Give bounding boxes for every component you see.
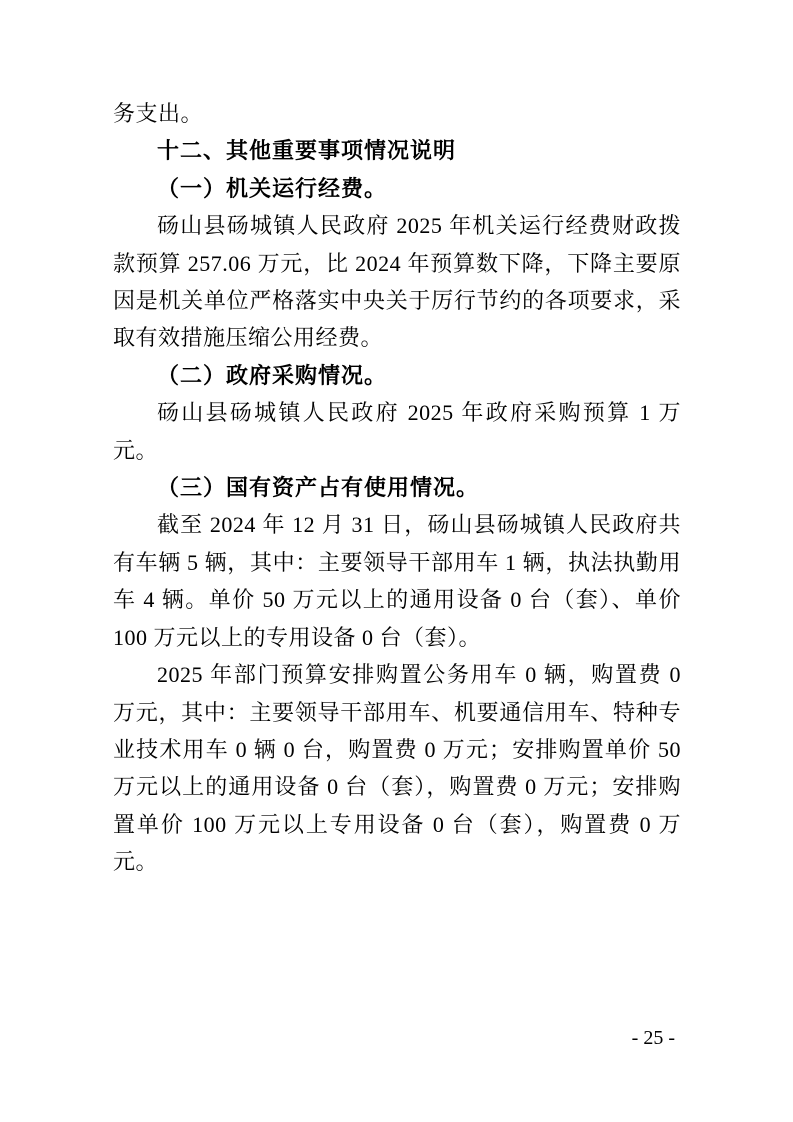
- sub-heading-1: （一）机关运行经费。: [113, 170, 681, 207]
- page-number: - 25 -: [632, 1027, 675, 1050]
- paragraph-operating-funds: 砀山县砀城镇人民政府 2025 年机关运行经费财政拨款预算 257.06 万元，…: [113, 207, 681, 357]
- document-body: 务支出。 十二、其他重要事项情况说明 （一）机关运行经费。 砀山县砀城镇人民政府…: [113, 95, 681, 881]
- paragraph-state-assets: 截至 2024 年 12 月 31 日，砀山县砀城镇人民政府共有车辆 5 辆，其…: [113, 506, 681, 656]
- paragraph-vehicle-budget: 2025 年部门预算安排购置公务用车 0 辆，购置费 0 万元，其中：主要领导干…: [113, 656, 681, 880]
- sub-heading-3: （三）国有资产占有使用情况。: [113, 469, 681, 506]
- document-page: 务支出。 十二、其他重要事项情况说明 （一）机关运行经费。 砀山县砀城镇人民政府…: [0, 0, 793, 1122]
- paragraph-procurement: 砀山县砀城镇人民政府 2025 年政府采购预算 1 万元。: [113, 394, 681, 469]
- paragraph-continuation: 务支出。: [113, 95, 681, 132]
- section-heading-12: 十二、其他重要事项情况说明: [113, 132, 681, 169]
- sub-heading-2: （二）政府采购情况。: [113, 357, 681, 394]
